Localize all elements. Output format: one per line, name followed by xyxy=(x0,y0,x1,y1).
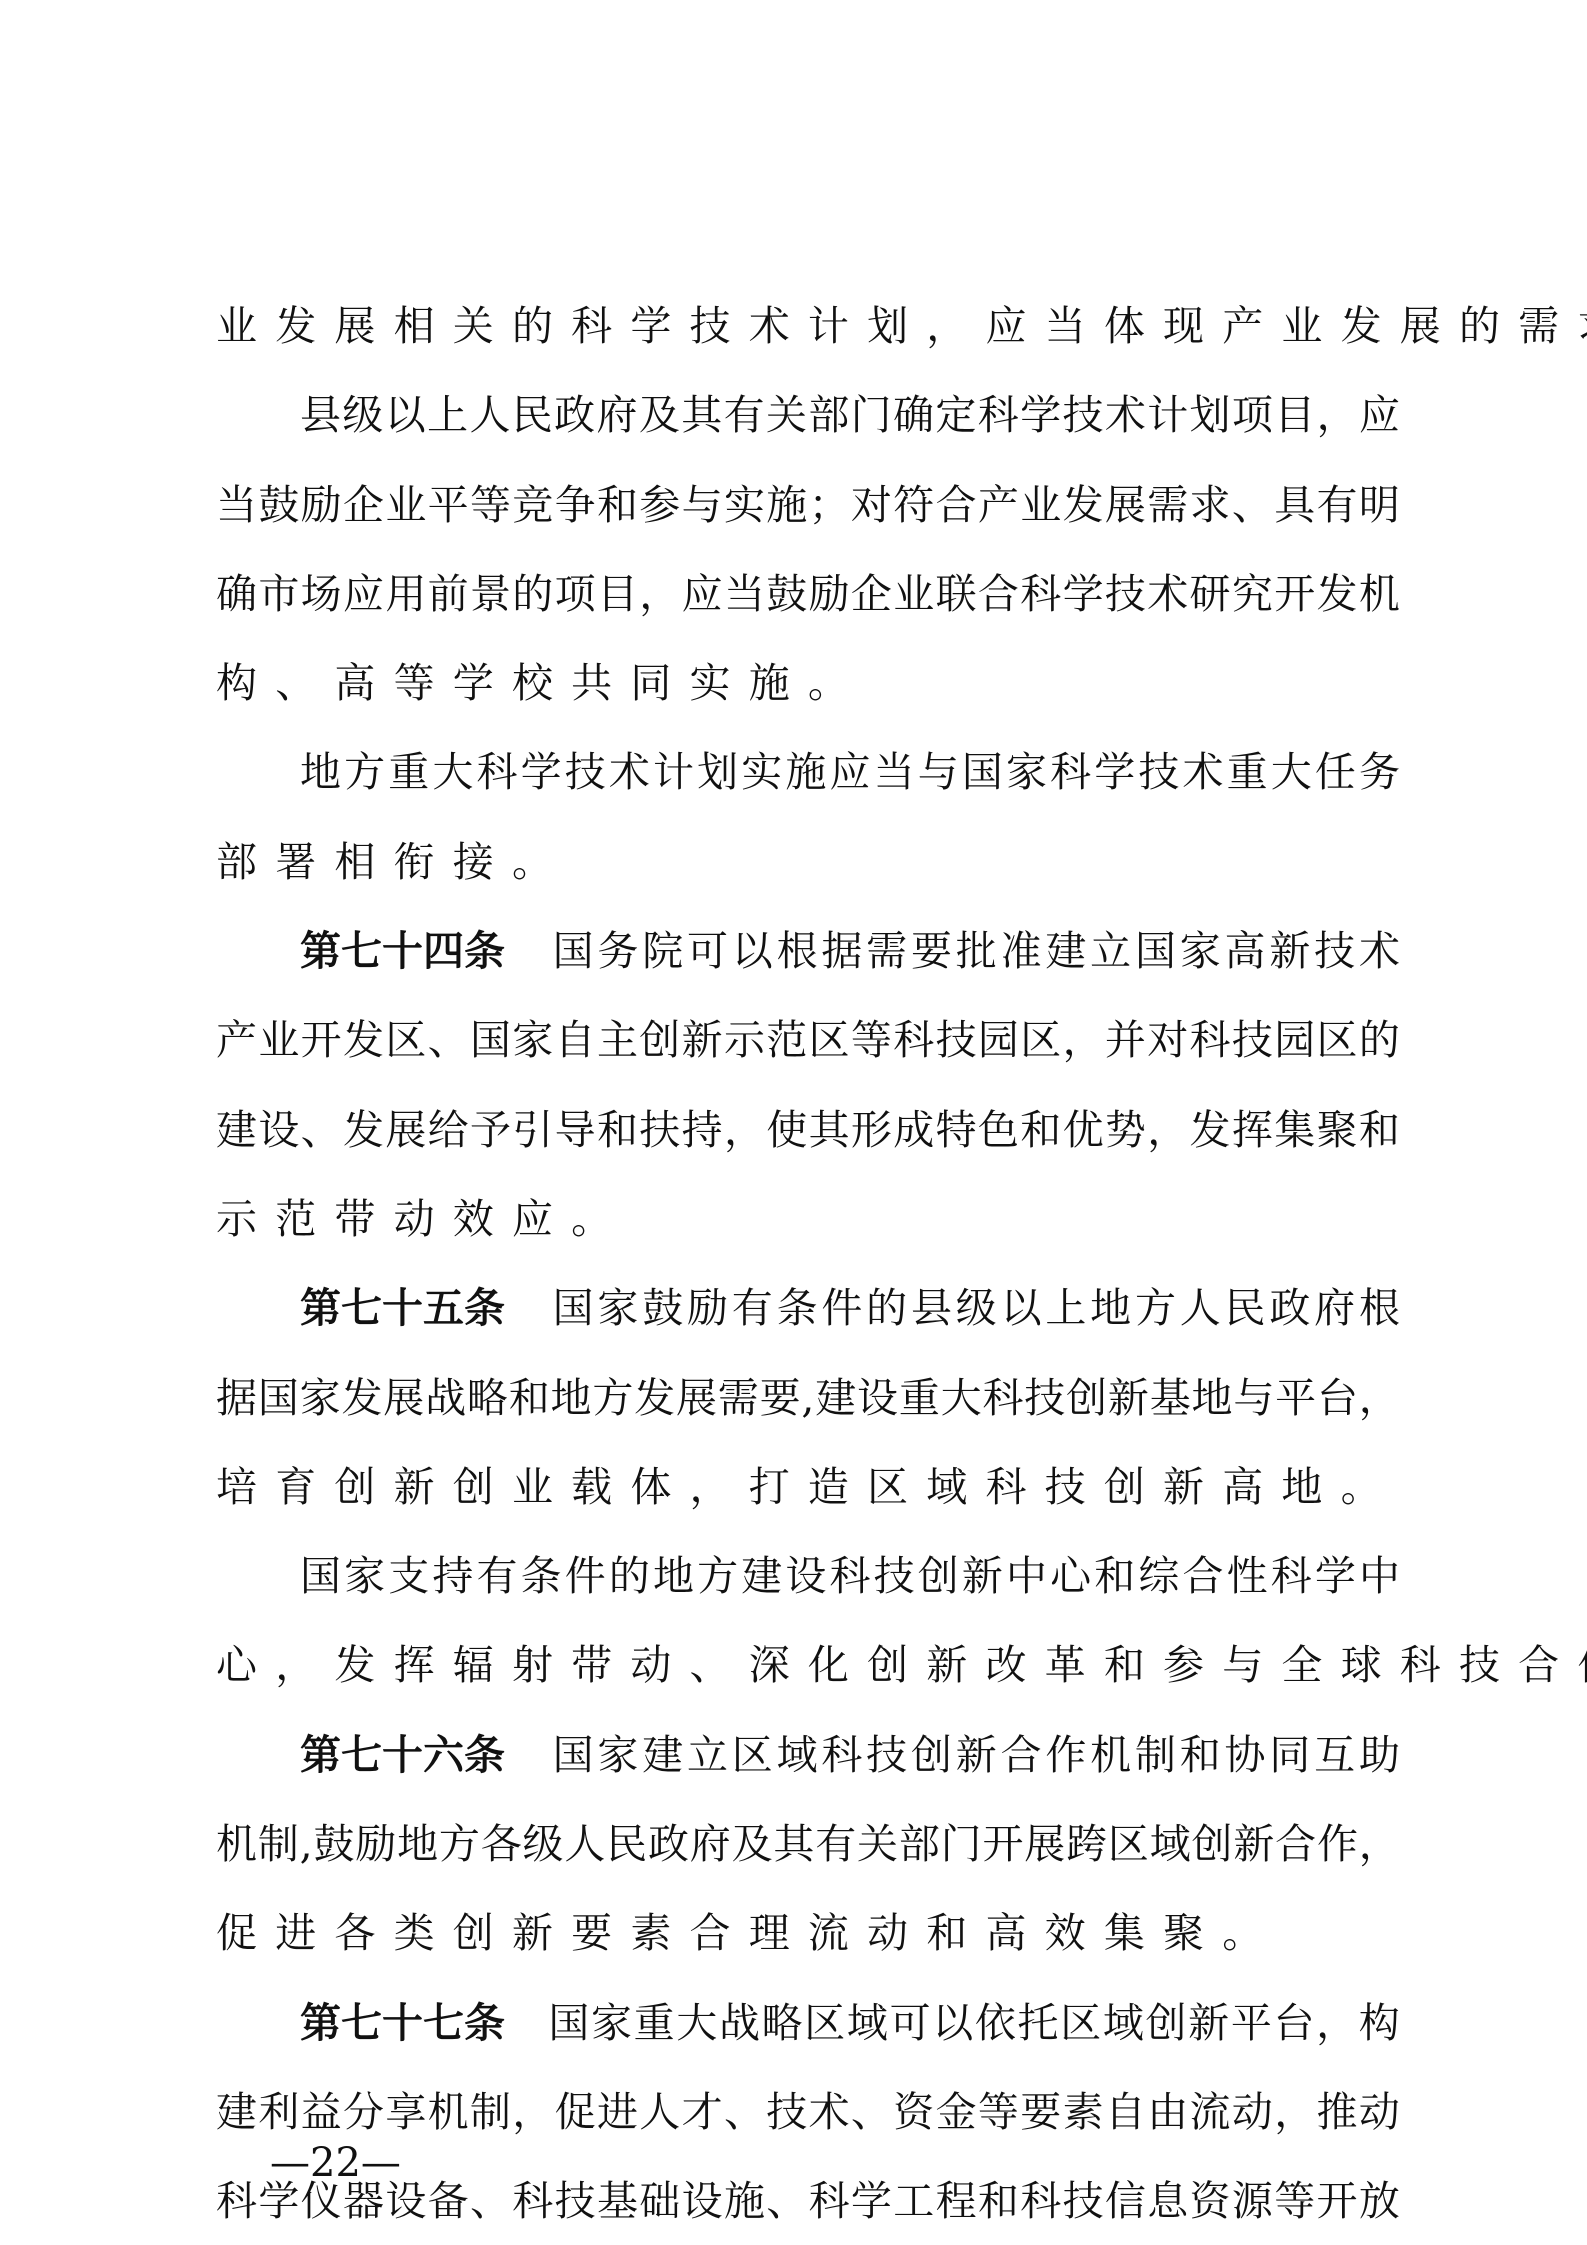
char: 素 xyxy=(1063,2068,1104,2157)
char: 人 xyxy=(564,1800,605,1889)
char: ， xyxy=(1274,2068,1315,2157)
char: 相 xyxy=(334,818,375,907)
char: 素 xyxy=(630,1889,671,1978)
article-heading: 第七十五条 xyxy=(300,1264,505,1353)
char: 府 xyxy=(1314,1264,1355,1353)
char: 需 xyxy=(718,1354,759,1443)
char: 用 xyxy=(385,550,426,639)
char: 确 xyxy=(893,371,934,460)
char: 形 xyxy=(851,1086,892,1175)
char: 学 xyxy=(1063,550,1104,639)
text-line: 培育创新创业载体，打造区域科技创新高地。 xyxy=(216,1443,1400,1532)
char: 科 xyxy=(571,282,612,371)
char: 建 xyxy=(815,1354,856,1443)
char: 方 xyxy=(697,1532,738,1621)
char: 和 xyxy=(1180,1711,1221,1800)
char: 技 xyxy=(866,1711,907,1800)
heading-gap xyxy=(507,1979,547,2068)
char: 主 xyxy=(597,996,638,1085)
char: 挥 xyxy=(394,1621,435,1710)
char: 发 xyxy=(343,1086,384,1175)
char: 促 xyxy=(555,2068,596,2157)
char: 有 xyxy=(732,1264,773,1353)
article-line: 第七十六条国家建立区域科技创新合作机制和协同互助 xyxy=(216,1711,1400,1800)
char: 技 xyxy=(565,728,606,817)
char: 件 xyxy=(821,1264,862,1353)
char: 持 xyxy=(432,1532,473,1621)
char: 学 xyxy=(521,728,562,817)
char: 等 xyxy=(851,996,892,1085)
char: 人 xyxy=(1180,1264,1221,1353)
char: 设 xyxy=(857,1354,898,1443)
char: 关 xyxy=(453,282,494,371)
char: 划 xyxy=(1190,371,1231,460)
char: 技 xyxy=(936,996,977,1085)
char: 科 xyxy=(512,2157,553,2245)
char: 施 xyxy=(766,461,807,550)
char: 设 xyxy=(258,1086,299,1175)
char: 件 xyxy=(565,1532,606,1621)
char: 应 xyxy=(343,550,384,639)
char: 当 xyxy=(724,550,765,639)
char: 予 xyxy=(470,1086,511,1175)
char: 设 xyxy=(785,1532,826,1621)
char: 民 xyxy=(606,1800,647,1889)
char: 造 xyxy=(808,1443,849,1532)
char: 术 xyxy=(1105,371,1146,460)
char: 发 xyxy=(343,996,384,1085)
text-line: 地方重大科学技术计划实施应当与国家科学技术重大任务 xyxy=(216,728,1400,817)
char: 以 xyxy=(1001,1264,1042,1353)
char: 源 xyxy=(1232,2157,1273,2245)
text-line: 建设、发展给予引导和扶持，使其形成特色和优势，发挥集聚和 xyxy=(216,1086,1400,1175)
char: 据 xyxy=(821,907,862,996)
char: 新 xyxy=(1269,907,1310,996)
char: 构 xyxy=(1359,1979,1400,2068)
char: 地 xyxy=(653,1532,694,1621)
char: 技 xyxy=(555,2157,596,2245)
char: 大 xyxy=(941,1354,982,1443)
char: 综 xyxy=(1138,1532,1179,1621)
char: 效 xyxy=(1045,1889,1086,1978)
char: 进 xyxy=(275,1889,316,1978)
char: 目 xyxy=(1274,371,1315,460)
char: 业 xyxy=(258,996,299,1085)
char: 革 xyxy=(1045,1621,1086,1710)
char: ； xyxy=(809,461,850,550)
char: 国 xyxy=(553,907,594,996)
char: 与 xyxy=(1222,1621,1263,1710)
char: 其 xyxy=(773,1800,814,1889)
char: 人 xyxy=(639,2068,680,2157)
char: 及 xyxy=(732,1800,773,1889)
heading-gap xyxy=(509,1711,549,1800)
char: ， xyxy=(1359,1354,1400,1443)
char: 业 xyxy=(1281,282,1322,371)
char: 创 xyxy=(453,1443,494,1532)
char: 作 xyxy=(1317,1800,1358,1889)
char: 企 xyxy=(343,461,384,550)
char: 准 xyxy=(1001,907,1042,996)
char: 托 xyxy=(1018,1979,1059,2068)
char: 成 xyxy=(893,1086,934,1175)
char: 立 xyxy=(1090,907,1131,996)
char: 展 xyxy=(385,1086,426,1175)
char: 应 xyxy=(512,1175,553,1264)
char: 对 xyxy=(1147,996,1188,1085)
char: 确 xyxy=(216,550,257,639)
char: 域 xyxy=(1150,1800,1191,1889)
char: 地 xyxy=(397,1800,438,1889)
char: 类 xyxy=(394,1889,435,1978)
char: 和 xyxy=(1104,1621,1145,1710)
char: 深 xyxy=(749,1621,790,1710)
char: , xyxy=(300,1800,313,1889)
char: 由 xyxy=(1147,2068,1188,2157)
char: 域 xyxy=(777,1711,818,1800)
char: 前 xyxy=(428,550,469,639)
char: 和 xyxy=(509,1354,550,1443)
char: 国 xyxy=(1135,907,1176,996)
char: 地 xyxy=(551,1354,592,1443)
char: 建 xyxy=(1045,907,1086,996)
char: 地 xyxy=(300,728,341,817)
char: 方 xyxy=(592,1354,633,1443)
char: 依 xyxy=(975,1979,1016,2068)
char: 地 xyxy=(1192,1354,1233,1443)
char: 科 xyxy=(978,371,1019,460)
char: 市 xyxy=(258,550,299,639)
char: 的 xyxy=(1359,996,1400,1085)
char: 府 xyxy=(597,371,638,460)
char: 与 xyxy=(918,728,959,817)
char: 级 xyxy=(956,1264,997,1353)
char: 技 xyxy=(1314,907,1355,996)
char: 有 xyxy=(477,1532,518,1621)
text-line: 构、高等学校共同实施。 xyxy=(216,639,1400,728)
char: 科 xyxy=(985,1443,1026,1532)
text-line: 促进各类创新要素合理流动和高效集聚。 xyxy=(216,1889,1400,1978)
char: 特 xyxy=(936,1086,977,1175)
char: 关 xyxy=(766,371,807,460)
char: 制 xyxy=(258,1800,299,1889)
char: 定 xyxy=(935,371,976,460)
char: 同 xyxy=(630,639,671,728)
char: 科 xyxy=(477,728,518,817)
char: 实 xyxy=(741,728,782,817)
char: 有 xyxy=(1317,461,1358,550)
char: ， xyxy=(926,282,967,371)
char: 县 xyxy=(911,1264,952,1353)
char: 中 xyxy=(1006,1532,1047,1621)
char: 当 xyxy=(216,461,257,550)
char: 新 xyxy=(1108,1354,1149,1443)
char: 项 xyxy=(1232,371,1273,460)
char: 根 xyxy=(777,907,818,996)
char: 、 xyxy=(851,2068,892,2157)
char: 略 xyxy=(762,1979,803,2068)
char: 政 xyxy=(648,1800,689,1889)
char: 改 xyxy=(985,1621,1026,1710)
char: 部 xyxy=(899,1800,940,1889)
char: 新 xyxy=(956,1711,997,1800)
char: ， xyxy=(1147,1086,1188,1175)
char: 。 xyxy=(1341,1443,1382,1532)
char: 区 xyxy=(804,1979,845,2068)
char: 等 xyxy=(394,639,435,728)
char: 以 xyxy=(732,907,773,996)
char: 建 xyxy=(216,1086,257,1175)
char: 当 xyxy=(1045,282,1086,371)
text-line: 当鼓励企业平等竞争和参与实施；对符合产业发展需求、具有明 xyxy=(216,461,1400,550)
char: 院 xyxy=(642,907,683,996)
char: 业 xyxy=(1020,461,1061,550)
char: 中 xyxy=(1359,1532,1400,1621)
char: 动 xyxy=(1359,2068,1400,2157)
char: 备 xyxy=(428,2157,469,2245)
char: 其 xyxy=(809,1086,850,1175)
char: 。 xyxy=(512,818,553,907)
char: ， xyxy=(690,1443,731,1532)
char: 、 xyxy=(301,1086,342,1175)
char: 流 xyxy=(808,1889,849,1978)
char: 技 xyxy=(1232,996,1273,1085)
char: 创 xyxy=(639,996,680,1085)
char: 家 xyxy=(597,1711,638,1800)
char: 计 xyxy=(1147,371,1188,460)
char: 业 xyxy=(512,1443,553,1532)
char: 业 xyxy=(216,282,257,371)
text-line: 据国家发展战略和地方发展需要,建设重大科技创新基地与平台， xyxy=(216,1354,1400,1443)
char: 划 xyxy=(697,728,738,817)
char: 可 xyxy=(687,907,728,996)
char: 县 xyxy=(300,371,341,460)
char: 以 xyxy=(932,1979,973,2068)
char: 。 xyxy=(571,1175,612,1264)
char: ， xyxy=(1063,996,1104,1085)
char: 家 xyxy=(1180,907,1221,996)
char: 任 xyxy=(1315,728,1356,817)
char: 国 xyxy=(258,1354,299,1443)
char: 有 xyxy=(815,1800,856,1889)
char: 校 xyxy=(512,639,553,728)
char: 其 xyxy=(681,371,722,460)
char: 的 xyxy=(512,550,553,639)
char: 使 xyxy=(766,1086,807,1175)
char: 科 xyxy=(809,2157,850,2245)
char: 部 xyxy=(808,371,849,460)
char: 平 xyxy=(1275,1354,1316,1443)
char: 发 xyxy=(334,1621,375,1710)
char: 大 xyxy=(1271,728,1312,817)
char: 方 xyxy=(344,728,385,817)
char: 创 xyxy=(1104,1443,1145,1532)
char: 重 xyxy=(899,1354,940,1443)
char: 导 xyxy=(555,1086,596,1175)
char: 应 xyxy=(682,550,723,639)
char: 计 xyxy=(808,282,849,371)
char: 术 xyxy=(1183,728,1224,817)
char: 术 xyxy=(609,728,650,817)
char: 建 xyxy=(741,1532,782,1621)
char: 民 xyxy=(1225,1264,1266,1353)
char: 部 xyxy=(216,818,257,907)
char: 家 xyxy=(512,996,553,1085)
char: 家 xyxy=(344,1532,385,1621)
char: 新 xyxy=(926,1621,967,1710)
char: 展 xyxy=(334,282,375,371)
char: 区 xyxy=(385,996,426,1085)
char: 高 xyxy=(1222,1443,1263,1532)
char: 跨 xyxy=(1066,1800,1107,1889)
char: 科 xyxy=(216,2157,257,2245)
char: ， xyxy=(512,2068,553,2157)
char: 新 xyxy=(962,1532,1003,1621)
char: 台 xyxy=(1317,1354,1358,1443)
char: 新 xyxy=(1233,1800,1274,1889)
char: 、 xyxy=(724,2068,765,2157)
char: 机 xyxy=(216,1800,257,1889)
char: 业 xyxy=(385,461,426,550)
char: 实 xyxy=(690,639,731,728)
char: 集 xyxy=(1274,1086,1315,1175)
text-line: 确市场应用前景的项目，应当鼓励企业联合科学技术研究开发机 xyxy=(216,550,1400,639)
char: 署 xyxy=(275,818,316,907)
char: 发 xyxy=(1317,550,1358,639)
char: 家 xyxy=(300,1354,341,1443)
char: 政 xyxy=(1269,1264,1310,1353)
char: 学 xyxy=(1020,371,1061,460)
page-number: —22— xyxy=(270,2140,401,2186)
char: 区 xyxy=(732,1711,773,1800)
char: 创 xyxy=(1146,1979,1187,2068)
char: 信 xyxy=(1105,2157,1146,2245)
char: 。 xyxy=(808,639,849,728)
char: 政 xyxy=(554,371,595,460)
char: 创 xyxy=(1066,1354,1107,1443)
char: 心 xyxy=(1050,1532,1091,1621)
char: 园 xyxy=(978,996,1019,1085)
char: 打 xyxy=(749,1443,790,1532)
char: 资 xyxy=(1190,2157,1231,2245)
char: 高 xyxy=(334,639,375,728)
char: 聚 xyxy=(1317,1086,1358,1175)
char: 国 xyxy=(553,1711,594,1800)
char: 求 xyxy=(1577,282,1587,371)
char: 争 xyxy=(555,461,596,550)
char: 发 xyxy=(1063,461,1104,550)
char: 合 xyxy=(1518,1621,1559,1710)
char: 重 xyxy=(1227,728,1268,817)
char: 新 xyxy=(394,1443,435,1532)
char: 人 xyxy=(469,371,510,460)
char: 科 xyxy=(982,1354,1023,1443)
char: 要 xyxy=(571,1889,612,1978)
char: 聚 xyxy=(1163,1889,1204,1978)
char: 流 xyxy=(1190,2068,1231,2157)
char: 方 xyxy=(1135,1264,1176,1353)
char: 新 xyxy=(1163,1443,1204,1532)
char: 发 xyxy=(634,1354,675,1443)
char: 战 xyxy=(425,1354,466,1443)
char: 竞 xyxy=(512,461,553,550)
char: 参 xyxy=(1163,1621,1204,1710)
char: 学 xyxy=(851,2157,892,2245)
char: 台 xyxy=(1273,1979,1314,2068)
char: 动 xyxy=(630,1621,671,1710)
char: 景 xyxy=(470,550,511,639)
char: 发 xyxy=(1341,282,1382,371)
char: 技 xyxy=(1045,1443,1086,1532)
char: 接 xyxy=(453,818,494,907)
char: 科 xyxy=(893,996,934,1085)
char: , xyxy=(801,1354,814,1443)
char: 技 xyxy=(766,2068,807,2157)
char: 联 xyxy=(936,550,977,639)
text-line: 机制,鼓励地方各级人民政府及其有关部门开展跨区域创新合作， xyxy=(216,1800,1400,1889)
char: 机 xyxy=(1090,1711,1131,1800)
char: 施 xyxy=(785,728,826,817)
char: 协 xyxy=(1225,1711,1266,1800)
body-text: 业发展相关的科学技术计划，应当体现产业发展的需求。县级以上人民政府及其有关部门确… xyxy=(216,282,1400,2245)
char: 重 xyxy=(634,1979,675,2068)
char: 体 xyxy=(1104,282,1145,371)
document-page: 业发展相关的科学技术计划，应当体现产业发展的需求。县级以上人民政府及其有关部门确… xyxy=(0,0,1587,2245)
char: 上 xyxy=(427,371,468,460)
char: 新 xyxy=(512,1889,553,1978)
char: 目 xyxy=(597,550,638,639)
char: 机 xyxy=(428,2068,469,2157)
char: 方 xyxy=(439,1800,480,1889)
char: 新 xyxy=(1188,1979,1229,2068)
char: 略 xyxy=(467,1354,508,1443)
char: 技 xyxy=(1062,371,1103,460)
char: 域 xyxy=(1103,1979,1144,2068)
char: 大 xyxy=(432,728,473,817)
heading-gap xyxy=(509,907,549,996)
char: 相 xyxy=(394,282,435,371)
char: 展 xyxy=(1400,282,1441,371)
char: 技 xyxy=(1138,728,1179,817)
heading-gap xyxy=(509,1264,549,1353)
char: 及 xyxy=(639,371,680,460)
char: 区 xyxy=(809,996,850,1085)
char: 学 xyxy=(1315,1532,1356,1621)
char: 励 xyxy=(301,461,342,550)
article-heading: 第七十四条 xyxy=(300,907,505,996)
char: 求 xyxy=(1190,461,1231,550)
char: 等 xyxy=(1274,2157,1315,2245)
char: 建 xyxy=(642,1711,683,1800)
char: 合 xyxy=(978,550,1019,639)
char: 场 xyxy=(301,550,342,639)
char: 级 xyxy=(523,1800,564,1889)
char: 术 xyxy=(1147,550,1188,639)
char: 地 xyxy=(1281,1443,1322,1532)
char: 区 xyxy=(1317,996,1358,1085)
char: 区 xyxy=(1108,1800,1149,1889)
char: 、 xyxy=(428,996,469,1085)
char: 挥 xyxy=(1232,1086,1273,1175)
char: 域 xyxy=(926,1443,967,1532)
char: 球 xyxy=(1341,1621,1382,1710)
char: 给 xyxy=(428,1086,469,1175)
char: 衔 xyxy=(394,818,435,907)
char: 支 xyxy=(388,1532,429,1621)
char: ， xyxy=(639,550,680,639)
char: 与 xyxy=(682,461,723,550)
char: 合 xyxy=(1001,1711,1042,1800)
